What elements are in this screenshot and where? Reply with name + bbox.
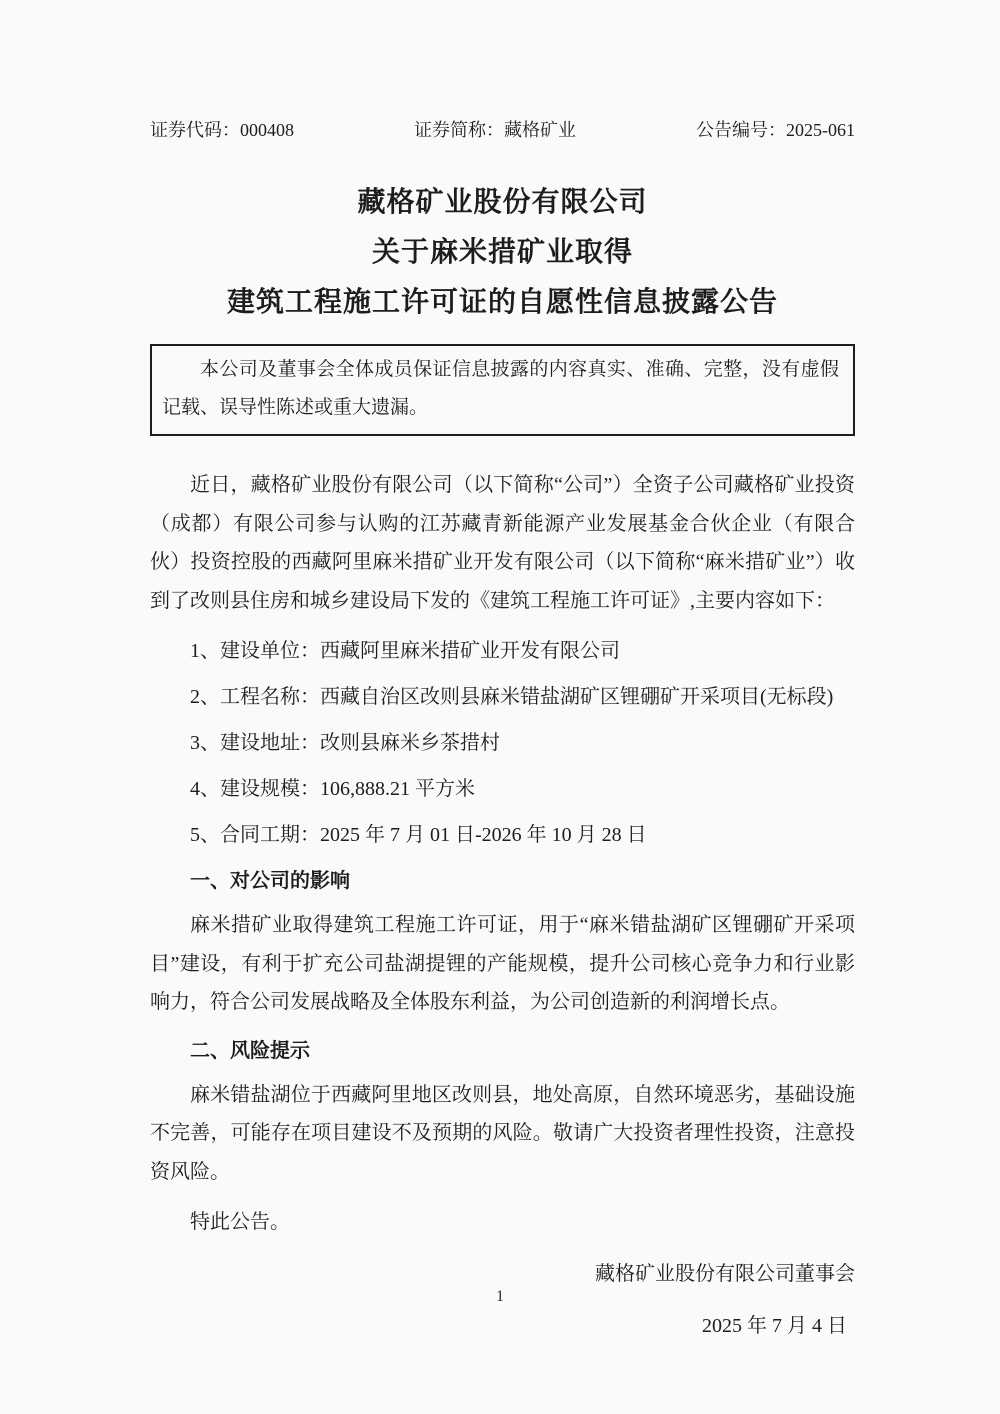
intro-paragraph: 近日，藏格矿业股份有限公司（以下简称“公司”）全资子公司藏格矿业投资（成都）有限… — [150, 466, 855, 620]
announcement-page: 证券代码：000408 证券简称：藏格矿业 公告编号：2025-061 藏格矿业… — [0, 0, 1000, 1414]
section-1-heading: 一、对公司的影响 — [150, 866, 855, 896]
document-header: 证券代码：000408 证券简称：藏格矿业 公告编号：2025-061 — [150, 118, 855, 142]
section-2-heading: 二、风险提示 — [150, 1036, 855, 1066]
title-block: 藏格矿业股份有限公司 关于麻米措矿业取得 建筑工程施工许可证的自愿性信息披露公告 — [150, 178, 855, 328]
closing-statement: 特此公告。 — [150, 1207, 855, 1237]
title-announcement-type: 建筑工程施工许可证的自愿性信息披露公告 — [150, 278, 855, 328]
list-item-construction-address: 3、建设地址：改则县麻米乡茶措村 — [150, 728, 855, 758]
permit-details-list: 1、建设单位：西藏阿里麻米措矿业开发有限公司 2、工程名称：西藏自治区改则县麻米… — [150, 636, 855, 850]
section-2-paragraph: 麻米错盐湖位于西藏阿里地区改则县，地处高原，自然环境恶劣，基础设施不完善，可能存… — [150, 1076, 855, 1192]
disclaimer-box: 本公司及董事会全体成员保证信息披露的内容真实、准确、完整，没有虚假记载、误导性陈… — [150, 344, 855, 436]
list-item-contract-period: 5、合同工期：2025 年 7 月 01 日-2026 年 10 月 28 日 — [150, 820, 855, 850]
disclaimer-text: 本公司及董事会全体成员保证信息披露的内容真实、准确、完整，没有虚假记载、误导性陈… — [162, 351, 839, 427]
stock-code: 证券代码：000408 — [150, 118, 294, 142]
page-number: 1 — [0, 1288, 1000, 1306]
title-company-name: 藏格矿业股份有限公司 — [150, 178, 855, 228]
list-item-project-name: 2、工程名称：西藏自治区改则县麻米错盐湖矿区锂硼矿开采项目(无标段) — [150, 682, 855, 712]
announcement-number: 公告编号：2025-061 — [696, 118, 855, 142]
stock-name: 证券简称：藏格矿业 — [414, 118, 576, 142]
section-1-paragraph: 麻米措矿业取得建筑工程施工许可证，用于“麻米错盐湖矿区锂硼矿开采项目”建设，有利… — [150, 906, 855, 1022]
signature-company: 藏格矿业股份有限公司董事会 — [150, 1259, 855, 1289]
signature-date: 2025 年 7 月 4 日 — [150, 1311, 855, 1341]
title-subject: 关于麻米措矿业取得 — [150, 228, 855, 278]
list-item-construction-unit: 1、建设单位：西藏阿里麻米措矿业开发有限公司 — [150, 636, 855, 666]
list-item-construction-scale: 4、建设规模：106,888.21 平方米 — [150, 774, 855, 804]
